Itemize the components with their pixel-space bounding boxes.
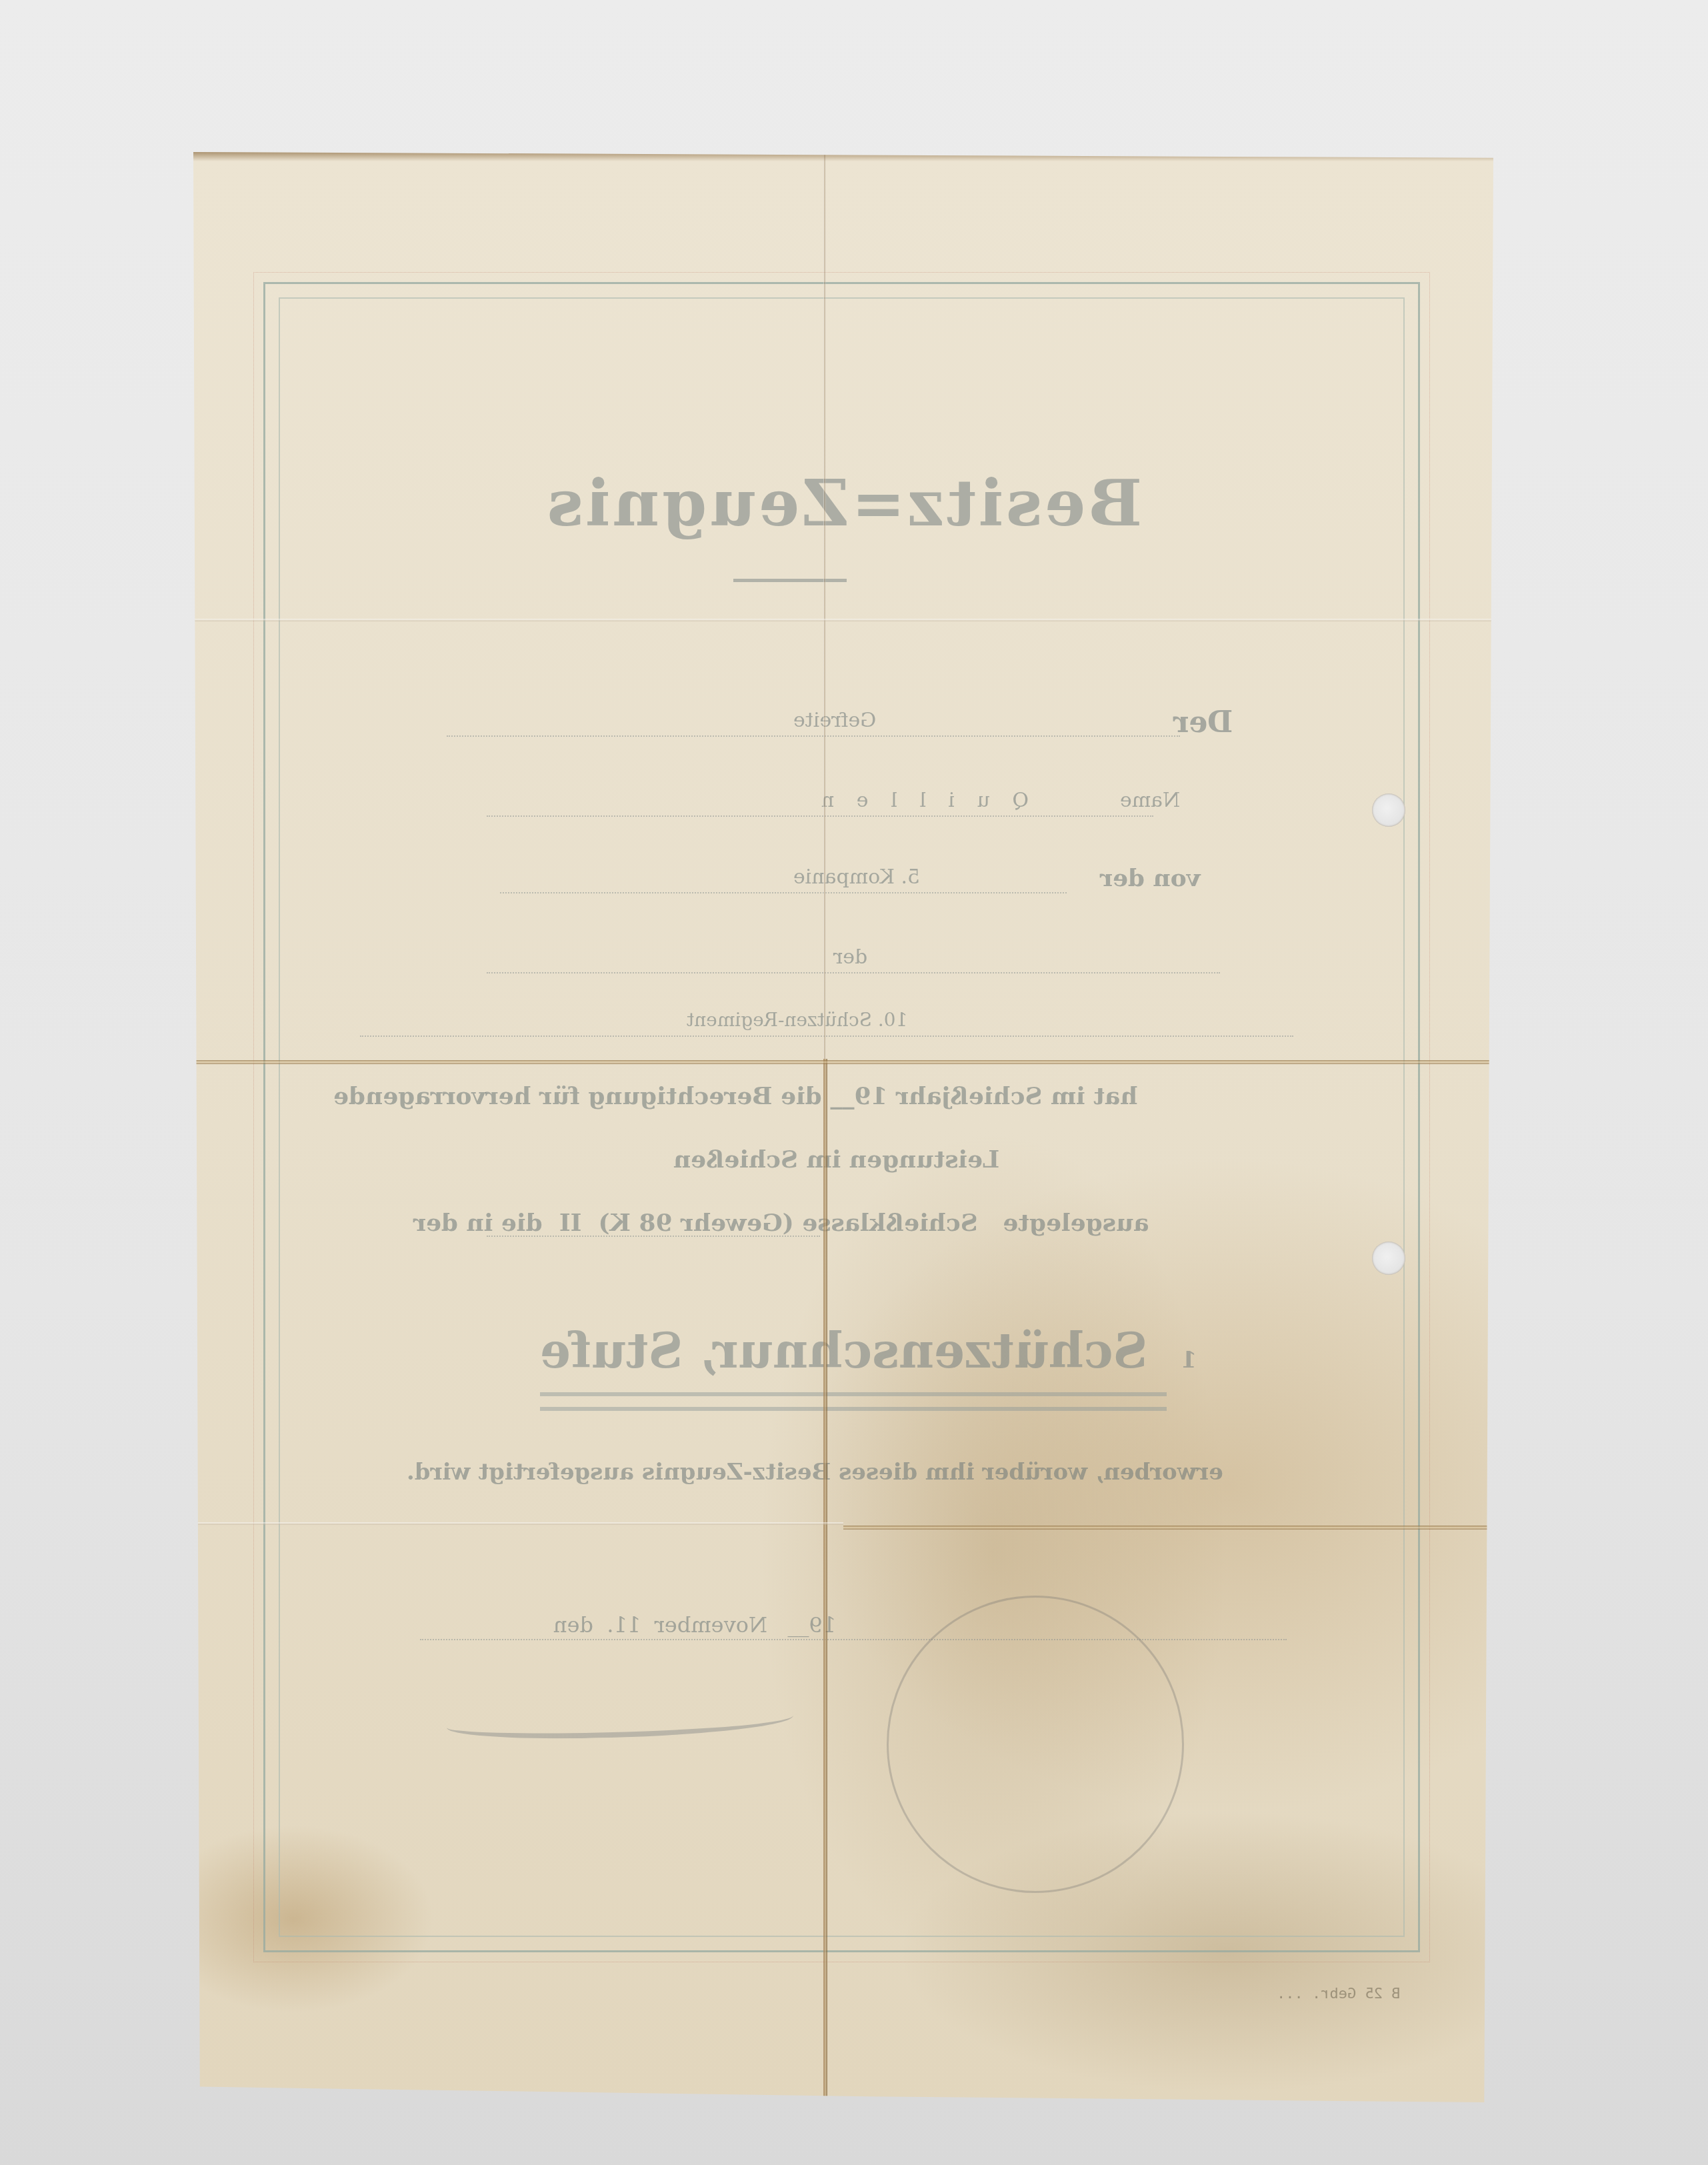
field-line bbox=[487, 972, 1220, 973]
value-rank: Gefreite bbox=[793, 709, 876, 732]
certificate-title: Besitz=Zeugnis bbox=[193, 465, 1493, 541]
text-line-9: erworben, worüber ihm dieses Besitz-Zeug… bbox=[407, 1459, 1223, 1486]
value-regiment: 10. Schützen-Regiment bbox=[687, 1009, 907, 1031]
horizontal-fold-lower-right bbox=[843, 1526, 1493, 1530]
decorative-border-inner bbox=[279, 297, 1405, 1937]
certificate-paper: Besitz=Zeugnis Der Gefreite Name Q u i l… bbox=[193, 152, 1493, 2102]
text-line-7: Leistungen im Schießen bbox=[673, 1146, 999, 1174]
date-day: 11. bbox=[607, 1612, 641, 1638]
official-stamp bbox=[887, 1596, 1184, 1893]
horizontal-fold-upper bbox=[193, 619, 1493, 621]
text-line-8: ausgelegte Schießklasse (Gewehr 98 K) II… bbox=[413, 1209, 1149, 1237]
value-name: Q u i l l e n bbox=[813, 789, 1029, 812]
horizontal-fold-lower-left bbox=[193, 1522, 843, 1525]
top-edge-stain bbox=[193, 152, 1493, 161]
date-line bbox=[420, 1639, 1287, 1640]
vertical-fold-stained bbox=[823, 1059, 827, 2102]
date: 19__ November 11. den bbox=[553, 1612, 836, 1638]
date-year: 19__ bbox=[787, 1612, 836, 1638]
field-line bbox=[500, 892, 1067, 893]
horizontal-fold-middle bbox=[193, 1060, 1493, 1064]
date-prefix: den bbox=[553, 1612, 593, 1638]
printer-mark: B 25 Gebr. ... bbox=[1277, 1986, 1400, 2002]
value-der: der bbox=[833, 945, 867, 969]
label-von-der: von der bbox=[1100, 864, 1201, 892]
date-month: November bbox=[655, 1612, 767, 1638]
field-line bbox=[360, 1035, 1293, 1037]
text-line-6: hat im Schießjahr 19__ die Berechtigung … bbox=[333, 1082, 1137, 1110]
punch-hole-lower bbox=[1372, 1242, 1405, 1275]
award-title: 1 Schützenschnur, Stufe bbox=[540, 1322, 1197, 1379]
line8-prefix: die in der bbox=[413, 1209, 543, 1237]
label-der: Der bbox=[1173, 705, 1233, 739]
value-company: 5. Kompanie bbox=[793, 865, 920, 889]
line8-mid: Schießklasse (Gewehr 98 K) bbox=[599, 1209, 978, 1237]
field-line bbox=[487, 815, 1153, 817]
field-line bbox=[447, 735, 1180, 737]
award-level: 1 bbox=[1181, 1347, 1197, 1374]
title-rule bbox=[733, 579, 847, 582]
label-name: Name bbox=[1120, 789, 1180, 812]
line8-suffix: ausgelegte bbox=[1003, 1209, 1149, 1237]
punch-hole-upper bbox=[1372, 793, 1405, 827]
line8-class: II bbox=[559, 1209, 582, 1237]
award-name: Schützenschnur, Stufe bbox=[540, 1322, 1147, 1379]
award-double-rule bbox=[540, 1392, 1167, 1411]
